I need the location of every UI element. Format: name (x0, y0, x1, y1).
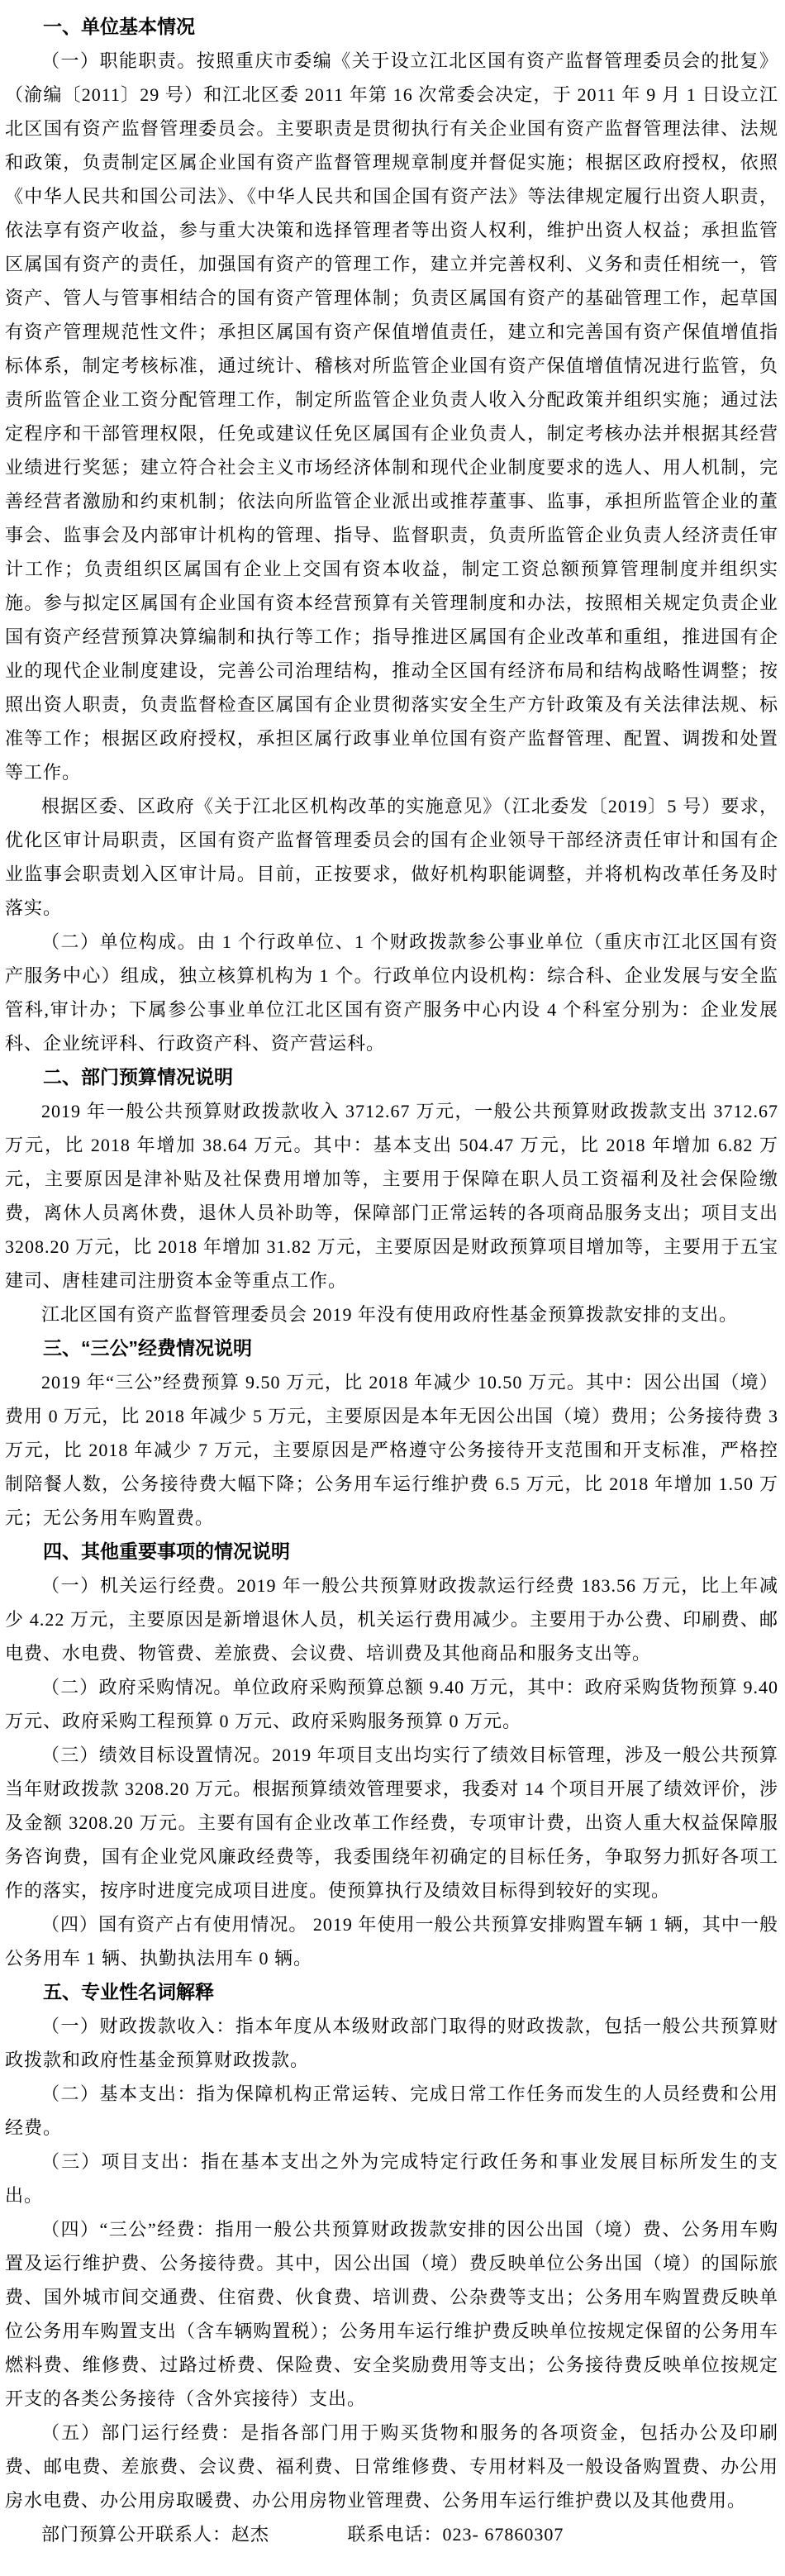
paragraph: （四）“三公”经费：指用一般公共预算财政拨款安排的因公出国（境）费、公务用车购置… (5, 2212, 778, 2416)
contact-phone: 联系电话：023- 67860307 (348, 2524, 564, 2545)
section-heading-terminology: 五、专业性名词解释 (5, 1975, 778, 2009)
paragraph: （一）职能职责。按照重庆市委编《关于设立江北区国有资产监督管理委员会的批复》（渝… (5, 44, 778, 789)
paragraph: （一）财政拨款收入：指本年度从本级财政部门取得的财政拨款，包括一般公共预算财政拨… (5, 2009, 778, 2077)
paragraph: （五）部门运行经费：是指各部门用于购买货物和服务的各项资金，包括办公及印刷费、邮… (5, 2416, 778, 2517)
paragraph: （一）机关运行经费。2019 年一般公共预算财政拨款运行经费 183.56 万元… (5, 1569, 778, 1670)
contact-person: 部门预算公开联系人：赵杰 (41, 2524, 269, 2545)
section-heading-other-important-matters: 四、其他重要事项的情况说明 (5, 1535, 778, 1569)
paragraph: （二）单位构成。由 1 个行政单位、1 个财政拨款参公事业单位（重庆市江北区国有… (5, 925, 778, 1060)
section-heading-unit-basic-info: 一、单位基本情况 (5, 10, 778, 44)
section-heading-three-public-expenses: 三、“三公”经费情况说明 (5, 1331, 778, 1365)
paragraph: 2019 年“三公”经费预算 9.50 万元，比 2018 年减少 10.50 … (5, 1365, 778, 1535)
paragraph: （四）国有资产占有使用情况。 2019 年使用一般公共预算安排购置车辆 1 辆，… (5, 1907, 778, 1975)
paragraph: 根据区委、区政府《关于江北区机构改革的实施意见》（江北委发〔2019〕5 号）要… (5, 789, 778, 925)
paragraph: （二）政府采购情况。单位政府采购预算总额 9.40 万元，其中：政府采购货物预算… (5, 1670, 778, 1738)
budget-disclosure-document: 一、单位基本情况 （一）职能职责。按照重庆市委编《关于设立江北区国有资产监督管理… (0, 0, 785, 2576)
paragraph: 2019 年一般公共预算财政拨款收入 3712.67 万元，一般公共预算财政拨款… (5, 1094, 778, 1298)
paragraph: （二）基本支出：指为保障机构正常运转、完成日常工作任务而发生的人员经费和公用经费… (5, 2077, 778, 2145)
paragraph: （三）项目支出：指在基本支出之外为完成特定行政任务和事业发展目标所发生的支出。 (5, 2145, 778, 2212)
contact-line: 部门预算公开联系人：赵杰 联系电话：023- 67860307 (5, 2517, 778, 2551)
paragraph: （三）绩效目标设置情况。2019 年项目支出均实行了绩效目标管理，涉及一般公共预… (5, 1738, 778, 1907)
paragraph: 江北区国有资产监督管理委员会 2019 年没有使用政府性基金预算拨款安排的支出。 (5, 1298, 778, 1331)
section-heading-budget-overview: 二、部门预算情况说明 (5, 1060, 778, 1094)
